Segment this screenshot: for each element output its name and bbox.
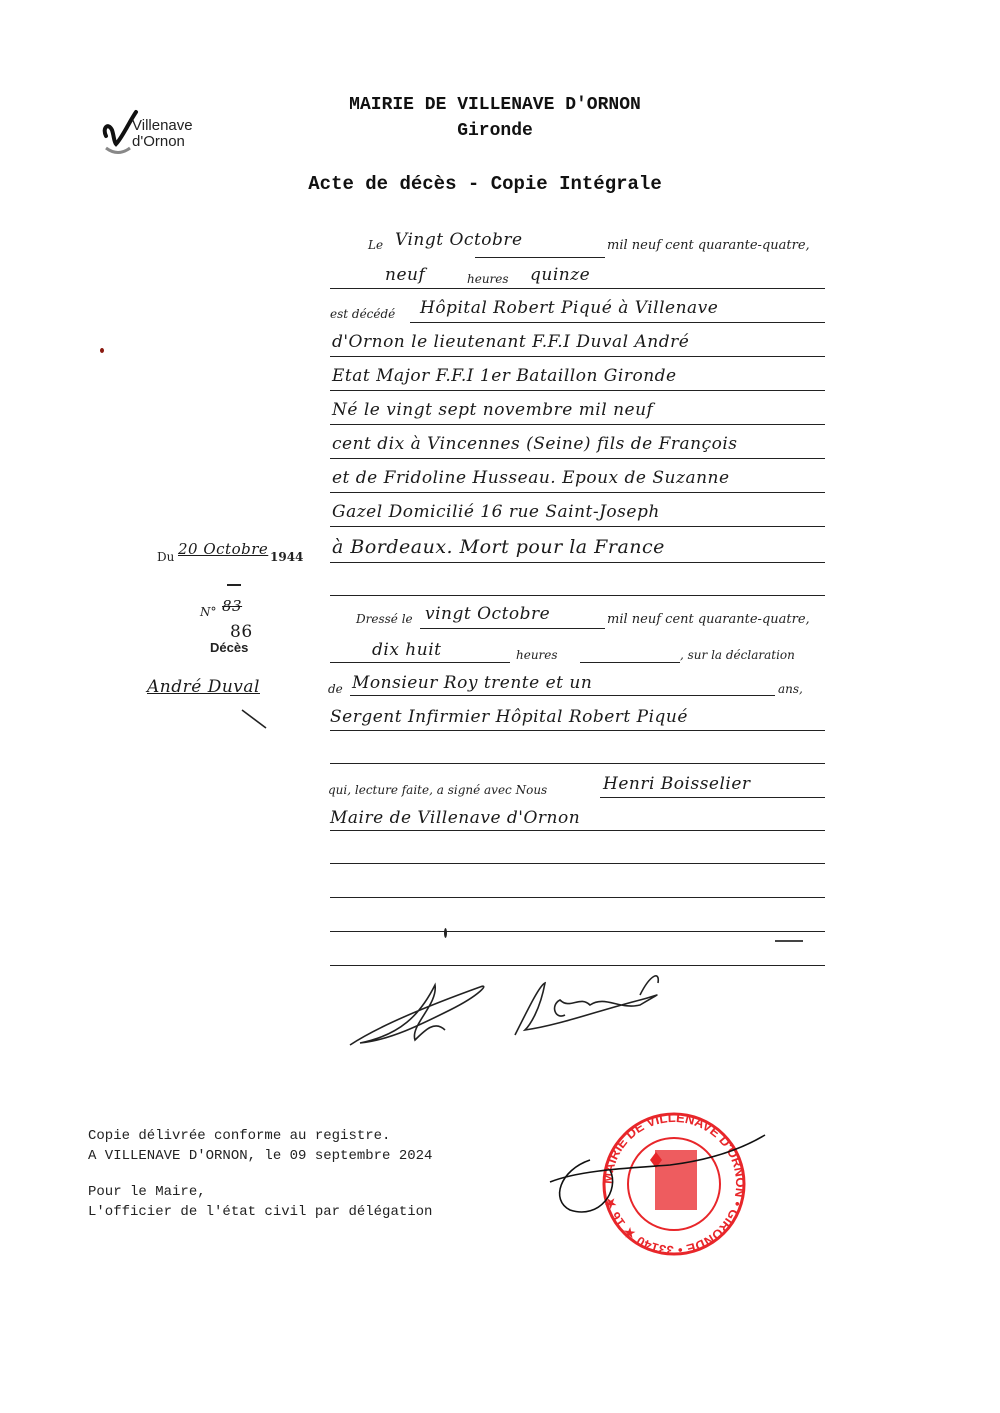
signature-clause-print: qui, lecture faite, a signé avec Nous (328, 783, 547, 797)
act-minutes-hand: quinze (530, 265, 590, 285)
rule (410, 322, 825, 323)
rule (330, 730, 825, 731)
rule (330, 662, 510, 663)
act-line-9: Gazel Domicilié 16 rue Saint-Joseph (332, 502, 660, 522)
ink-spot (100, 348, 104, 353)
document-title: Acte de décès - Copie Intégrale (180, 173, 790, 195)
rule (330, 526, 825, 527)
decl-year-print: mil neuf cent quarante-quatre, (607, 612, 810, 627)
logo-line-2: d'Ornon (132, 134, 193, 150)
department-title: Gironde (190, 121, 800, 141)
act-print-le: Le (368, 238, 383, 252)
mairie-title: MAIRIE DE VILLENAVE D'ORNON (190, 95, 800, 115)
act-line-5: Etat Major F.F.I 1er Bataillon Gironde (332, 366, 677, 386)
footer-conformity: Copie délivrée conforme au registre. (88, 1126, 390, 1146)
footer-for-mayor: Pour le Maire, (88, 1182, 206, 1202)
decl-declarant-hand: Monsieur Roy trente et un (352, 673, 592, 693)
rule (330, 424, 825, 425)
decl-de-print: de (328, 682, 343, 696)
margin-date-year: 1944 (270, 550, 303, 564)
act-date-hand: Vingt Octobre (395, 230, 523, 250)
rule (330, 763, 825, 764)
rule (475, 257, 605, 258)
rule (580, 662, 680, 663)
rule (330, 356, 825, 357)
ink-mark (775, 940, 803, 942)
rule (330, 830, 825, 831)
act-line-10: à Bordeaux. Mort pour la France (332, 536, 665, 558)
rule (420, 628, 605, 629)
logo-line-1: Villenave (132, 118, 193, 134)
act-line-7: cent dix à Vincennes (Seine) fils de Fra… (332, 434, 738, 454)
margin-name-hand: André Duval (147, 677, 260, 697)
margin-date-hand: 20 Octobre (178, 540, 268, 558)
margin-number-struck: 83 (222, 597, 242, 615)
official-stamp: MAIRIE DE VILLENAVE D'ORNON • GIRONDE • … (540, 1090, 780, 1270)
rule (350, 695, 775, 696)
act-hour-hand: neuf (385, 265, 425, 285)
logo-text: Villenave d'Ornon (132, 118, 193, 150)
decl-hours-print: heures (516, 648, 558, 662)
act-line-4: d'Ornon le lieutenant F.F.I Duval André (332, 332, 689, 352)
historic-signatures (340, 965, 680, 1060)
rule (330, 288, 825, 289)
act-line-6: Né le vingt sept novembre mil neuf (332, 400, 653, 420)
act-deceased-print: est décédé (330, 307, 395, 321)
rule (330, 390, 825, 391)
signature-clause-hand: Henri Boisselier (603, 774, 751, 794)
act-year-print: mil neuf cent quarante-quatre, (607, 238, 810, 253)
decl-print-dresse: Dressé le (356, 612, 413, 626)
rule (330, 595, 825, 596)
act-line-8: et de Fridoline Husseau. Epoux de Suzann… (332, 468, 730, 488)
decl-hour-hand: dix huit (372, 640, 441, 660)
rule (600, 797, 825, 798)
footer-officer: L'officier de l'état civil par délégatio… (88, 1202, 432, 1222)
rule (330, 863, 825, 864)
decl-ans-print: ans, (778, 682, 803, 696)
act-hours-print: heures (467, 272, 509, 286)
act-line-3: Hôpital Robert Piqué à Villenave (420, 298, 718, 318)
signature-clause-2-hand: Maire de Villenave d'Ornon (330, 808, 580, 828)
margin-type-label: Décès (210, 640, 248, 655)
ink-spot (444, 928, 447, 938)
rule (330, 458, 825, 459)
decl-date-hand: vingt Octobre (425, 604, 550, 624)
margin-number-value: 86 (230, 622, 253, 642)
margin-number-label: N° (200, 605, 217, 619)
footer-place-date: A VILLENAVE D'ORNON, le 09 septembre 202… (88, 1146, 432, 1166)
margin-date-prefix: Du (157, 550, 174, 564)
decl-declaration-print: , sur la déclaration (680, 648, 795, 662)
rule (330, 492, 825, 493)
rule (330, 562, 825, 563)
rule (330, 897, 825, 898)
decl-line-4: Sergent Infirmier Hôpital Robert Piqué (330, 707, 688, 727)
margin-slash-mark (240, 708, 270, 730)
margin-dash (227, 584, 241, 586)
rule (330, 931, 825, 932)
